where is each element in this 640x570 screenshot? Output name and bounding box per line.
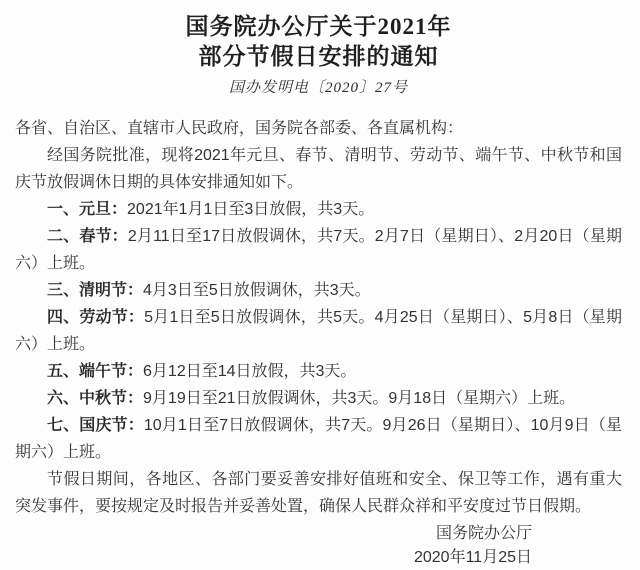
- holiday-item-label: 四、劳动节：: [47, 309, 144, 326]
- holiday-item-spring-festival: 二、春节：2月11日至17日放假调休，共7天。2月7日（星期日）、2月20日（星…: [15, 223, 622, 277]
- notice-document: 国务院办公厅关于2021年 部分节假日安排的通知 国办发明电〔2020〕27号 …: [0, 0, 640, 570]
- document-number: 国办发明电〔2020〕27号: [15, 76, 622, 100]
- document-title: 国务院办公厅关于2021年 部分节假日安排的通知: [15, 12, 622, 72]
- holiday-item-qingming: 三、清明节：4月3日至5日放假调休，共3天。: [15, 277, 622, 304]
- holiday-item-labor-day: 四、劳动节：5月1日至5日放假调休，共5天。4月25日（星期日）、5月8日（星期…: [15, 304, 622, 358]
- document-title-line1: 国务院办公厅关于2021年: [186, 14, 452, 39]
- salutation: 各省、自治区、直辖市人民政府，国务院各部委、各直属机构：: [15, 115, 622, 142]
- holiday-item-label: 二、春节：: [47, 228, 128, 245]
- signature-issuer: 国务院办公厅: [15, 522, 532, 546]
- holiday-item-text: 2021年1月1日至3日放假，共3天。: [127, 201, 374, 218]
- holiday-item-text: 9月19日至21日放假调休，共3天。9月18日（星期六）上班。: [143, 390, 575, 407]
- document-title-line2: 部分节假日安排的通知: [199, 44, 439, 69]
- document-body: 各省、自治区、直辖市人民政府，国务院各部委、各直属机构： 经国务院批准，现将20…: [15, 115, 622, 520]
- holiday-item-label: 五、端午节：: [47, 363, 143, 380]
- holiday-item-mid-autumn: 六、中秋节：9月19日至21日放假调休，共3天。9月18日（星期六）上班。: [15, 385, 622, 412]
- holiday-item-dragon-boat: 五、端午节：6月12日至14日放假，共3天。: [15, 358, 622, 385]
- intro-paragraph: 经国务院批准，现将2021年元旦、春节、清明节、劳动节、端午节、中秋节和国庆节放…: [15, 142, 622, 196]
- holiday-item-label: 六、中秋节：: [47, 390, 143, 407]
- closing-paragraph: 节假日期间，各地区、各部门要妥善安排好值班和安全、保卫等工作，遇有重大突发事件，…: [15, 466, 622, 520]
- signature-block: 国务院办公厅 2020年11月25日: [15, 522, 622, 570]
- holiday-item-text: 6月12日至14日放假，共3天。: [143, 363, 356, 380]
- holiday-item-label: 三、清明节：: [47, 282, 143, 299]
- holiday-item-label: 一、元旦：: [47, 201, 127, 218]
- signature-date: 2020年11月25日: [15, 546, 532, 570]
- holiday-item-label: 七、国庆节：: [47, 417, 144, 434]
- holiday-item-text: 4月3日至5日放假调休，共3天。: [143, 282, 371, 299]
- holiday-item-national-day: 七、国庆节：10月1日至7日放假调休，共7天。9月26日（星期日）、10月9日（…: [15, 412, 622, 466]
- holiday-item-new-year: 一、元旦：2021年1月1日至3日放假，共3天。: [15, 196, 622, 223]
